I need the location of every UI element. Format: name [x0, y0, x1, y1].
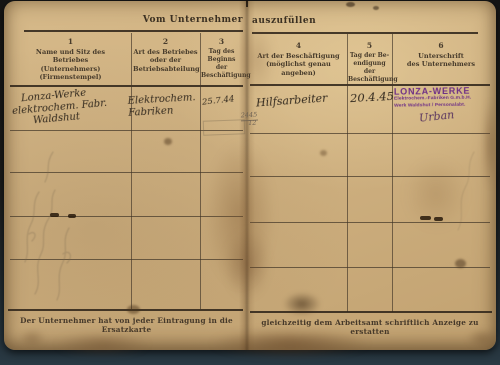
- entry-end-date: 20.4.45: [350, 89, 395, 105]
- pencil-note-denominator: 12: [248, 119, 258, 127]
- column-label: Art des Betriebes oder der Betriebsabtei…: [133, 48, 198, 74]
- column-number: 2: [133, 37, 198, 47]
- table-bottom-rule-left: [8, 309, 243, 311]
- section-title-right: auszufüllen: [252, 16, 316, 26]
- punch-hole: [50, 213, 59, 217]
- section-title-left: Vom Unternehmer: [120, 15, 243, 25]
- stain: [224, 228, 270, 300]
- entry-business-type: Elektrochem. Fabriken: [127, 92, 196, 119]
- stain: [283, 292, 321, 316]
- punch-hole: [68, 214, 76, 218]
- photo-of-employment-card: Vom Unternehmer auszufüllen 1 Name und S…: [0, 0, 500, 365]
- column-header-6: 6 Unterschrift des Unternehmers: [394, 41, 488, 69]
- row-divider: [250, 133, 490, 134]
- stain: [320, 150, 327, 156]
- column-number: 6: [394, 41, 488, 51]
- stain: [210, 328, 370, 358]
- column-header-1: 1 Name und Sitz des Betriebes (Unternehm…: [12, 37, 129, 82]
- stain: [373, 6, 379, 10]
- header-rule-right: [252, 32, 478, 34]
- pencil-box: [203, 119, 245, 135]
- column-divider: [392, 34, 393, 312]
- row-divider: [250, 267, 490, 268]
- column-label: Tag der Be- endigung der Beschäftigung: [348, 52, 391, 84]
- stain: [346, 2, 355, 7]
- footer-note-left: Der Unternehmer hat von jeder Eintragung…: [10, 316, 243, 334]
- table-head-rule-left: [10, 85, 243, 87]
- stain: [127, 305, 140, 314]
- punch-hole: [420, 216, 431, 220]
- punch-hole: [434, 217, 443, 221]
- stain: [466, 328, 498, 348]
- bleedthrough-writing: [5, 142, 140, 304]
- stain: [18, 328, 46, 348]
- stain: [482, 98, 498, 190]
- column-header-5: 5 Tag der Be- endigung der Beschäftigung: [348, 41, 391, 83]
- stain: [455, 259, 466, 268]
- stain: [164, 138, 172, 145]
- column-label: Unterschrift des Unternehmers: [394, 52, 488, 69]
- header-rule-left: [24, 30, 243, 32]
- column-label: Name und Sitz des Betriebes (Unternehmer…: [23, 48, 119, 82]
- column-number: 5: [348, 41, 391, 51]
- column-divider: [347, 34, 348, 312]
- fold-mark: [246, 0, 248, 7]
- column-divider: [200, 33, 201, 309]
- stain: [55, 332, 150, 356]
- stain: [234, 24, 276, 96]
- column-number: 1: [12, 37, 129, 47]
- company-stamp: LONZA-WERKE Elektrochem.-Fabriken G.m.b.…: [394, 86, 492, 109]
- column-header-2: 2 Art des Betriebes oder der Betriebsabt…: [133, 37, 198, 73]
